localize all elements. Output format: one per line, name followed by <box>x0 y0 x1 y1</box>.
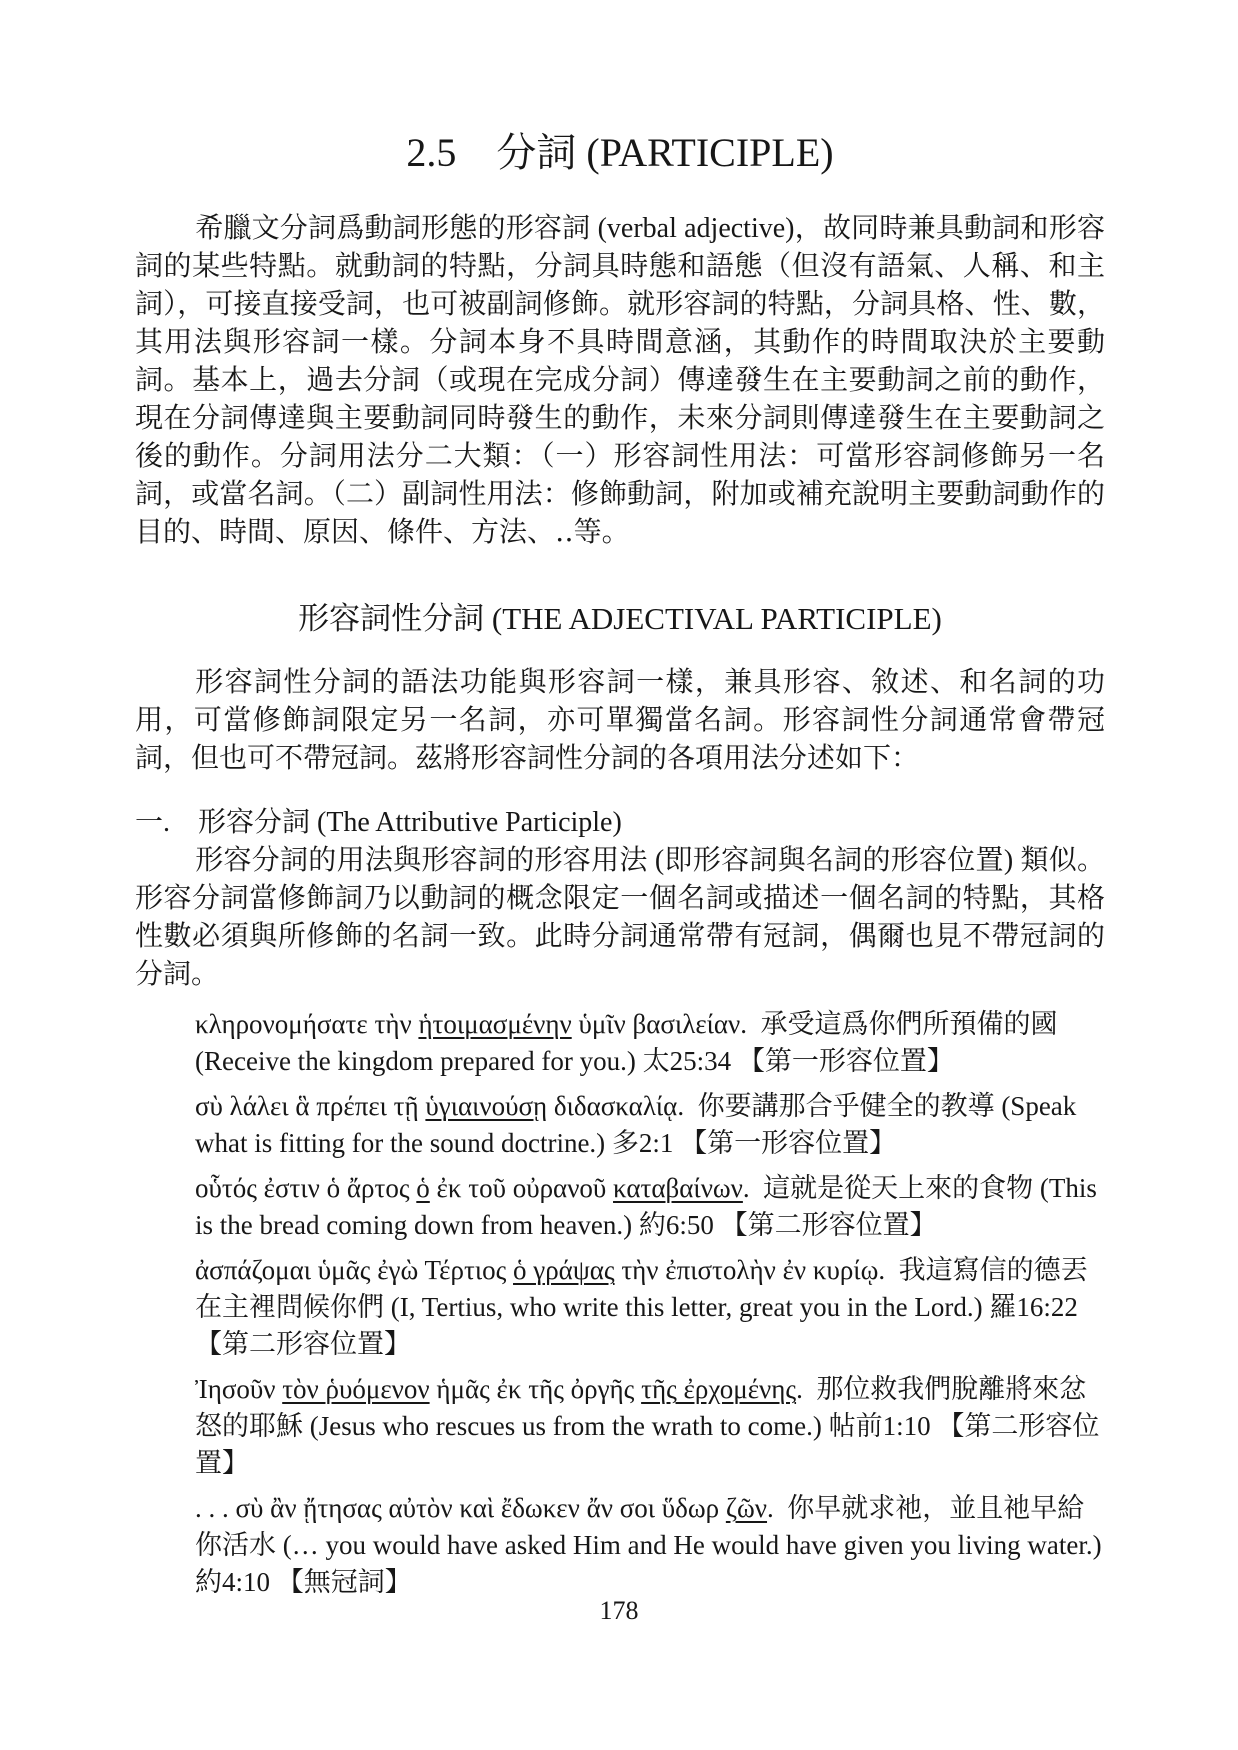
example-sentence: οὗτός ἐστιν ὁ ἄρτος ὁ ἐκ τοῦ οὐρανοῦ κατ… <box>195 1170 1105 1244</box>
underlined-participle: ὑγιαινούσῃ <box>425 1091 547 1121</box>
intro-paragraph: 希臘文分詞爲動詞形態的形容詞 (verbal adjective)，故同時兼具動… <box>135 210 1105 552</box>
item-number: 一. <box>135 804 198 842</box>
example-text: σὺ λάλει ἃ πρέπει τῇ <box>195 1091 425 1121</box>
page-title: 2.5 分詞 (PARTICIPLE) <box>135 128 1105 178</box>
underlined-participle: ζῶν <box>726 1493 767 1523</box>
example-text: ἡμᾶς ἐκ τῆς ὀργῆς <box>430 1374 642 1404</box>
example-text: . . . σὺ ἂν ᾔτησας αὐτὸν καὶ ἔδωκεν ἄν σ… <box>195 1493 726 1523</box>
attributive-participle-heading: 一. 形容分詞 (The Attributive Participle) <box>135 804 1105 842</box>
underlined-participle: ἡτοιμασμένην <box>418 1009 571 1039</box>
example-sentence: σὺ λάλει ἃ πρέπει τῇ ὑγιαινούσῃ διδασκαλ… <box>195 1088 1105 1162</box>
example-sentence: . . . σὺ ἂν ᾔτησας αὐτὸν καὶ ἔδωκεν ἄν σ… <box>195 1490 1105 1601</box>
example-text: ἀσπάζομαι ὑμᾶς ἐγὼ Τέρτιος <box>195 1255 513 1285</box>
item-paragraph: 形容分詞的用法與形容詞的形容用法 (即形容詞與名詞的形容位置) 類似。形容分詞當… <box>135 842 1105 994</box>
underlined-participle: τὸν ῥυόμενον <box>282 1374 429 1404</box>
example-text: κληρονομήσατε τὴν <box>195 1009 418 1039</box>
example-text: οὗτός ἐστιν ὁ ἄρτος <box>195 1173 416 1203</box>
underlined-participle: καταβαίνων <box>613 1173 743 1203</box>
document-page: 2.5 分詞 (PARTICIPLE) 希臘文分詞爲動詞形態的形容詞 (verb… <box>0 0 1238 1750</box>
item-label: 形容分詞 (The Attributive Participle) <box>198 804 622 842</box>
underlined-participle: τῆς ἐρχομένης <box>641 1374 796 1404</box>
page-number: 178 <box>0 1596 1238 1626</box>
section-heading: 形容詞性分詞 (THE ADJECTIVAL PARTICIPLE) <box>135 598 1105 640</box>
example-sentence: ἀσπάζομαι ὑμᾶς ἐγὼ Τέρτιος ὁ γράψας τὴν … <box>195 1252 1105 1363</box>
section-paragraph: 形容詞性分詞的語法功能與形容詞一樣，兼具形容、敘述、和名詞的功用，可當修飾詞限定… <box>135 664 1105 778</box>
examples-list: κληρονομήσατε τὴν ἡτοιμασμένην ὑμῖν βασι… <box>135 1006 1105 1601</box>
example-text: ἐκ τοῦ οὐρανοῦ <box>430 1173 613 1203</box>
underlined-participle: ὁ <box>416 1173 430 1203</box>
underlined-participle: ὁ γράψας <box>513 1255 615 1285</box>
example-sentence: Ἰησοῦν τὸν ῥυόμενον ἡμᾶς ἐκ τῆς ὀργῆς τῆ… <box>195 1371 1105 1482</box>
example-text: Ἰησοῦν <box>195 1374 282 1404</box>
example-sentence: κληρονομήσατε τὴν ἡτοιμασμένην ὑμῖν βασι… <box>195 1006 1105 1080</box>
